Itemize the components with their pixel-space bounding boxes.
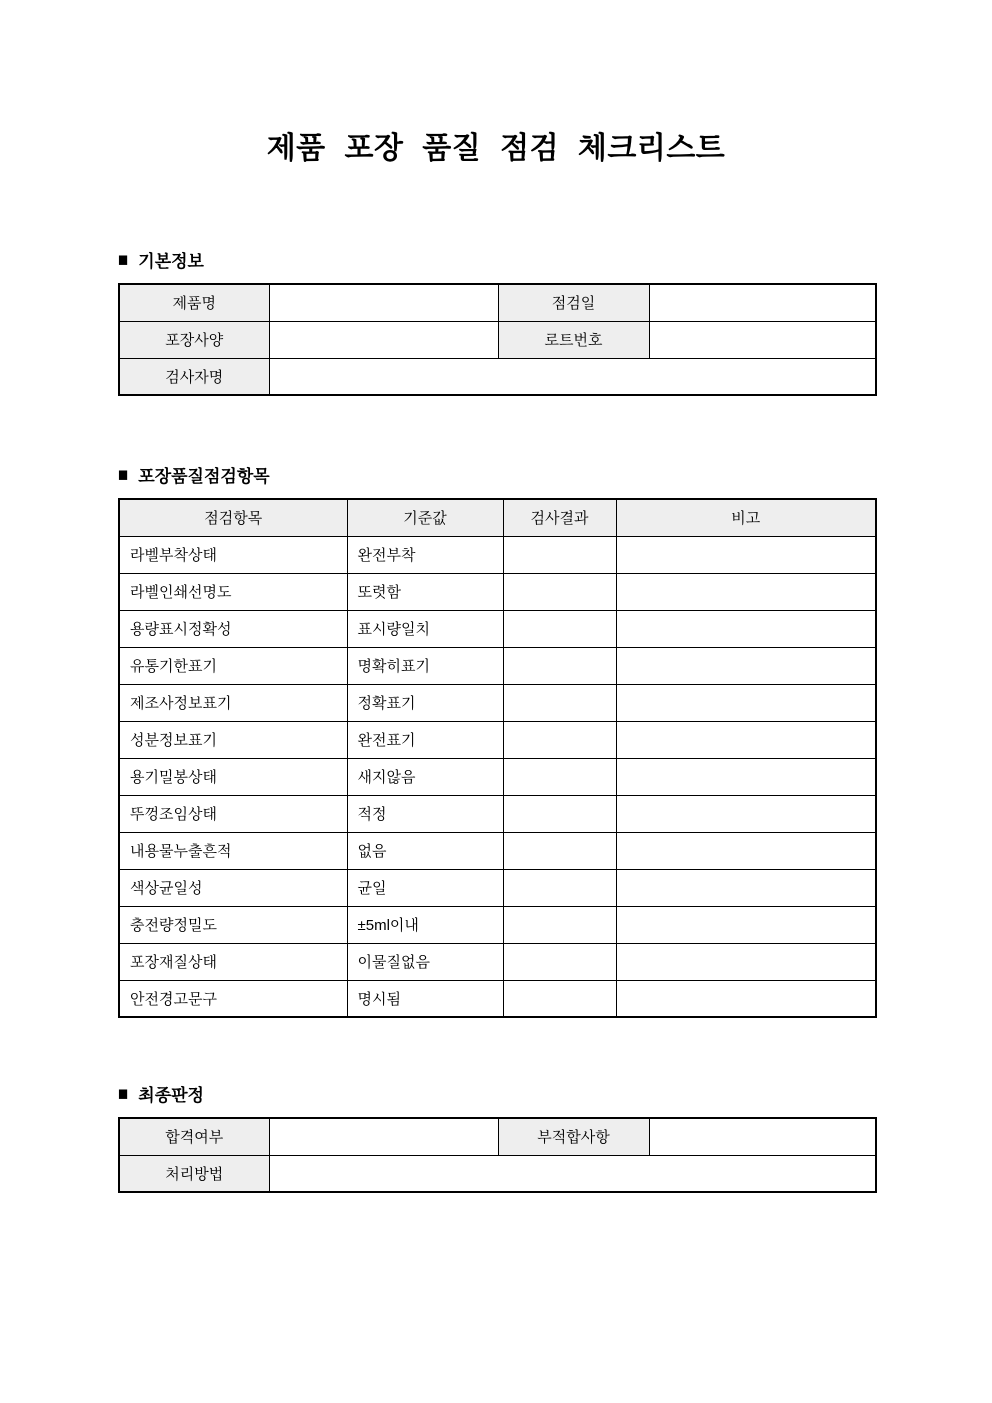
item-cell: 용기밀봉상태: [119, 758, 347, 795]
section-inspection-items-heading: ■ 포장품질점검항목: [118, 464, 875, 485]
packaging-spec-value-cell[interactable]: [269, 321, 498, 358]
note-cell[interactable]: [616, 684, 876, 721]
column-header-result: 검사결과: [503, 499, 616, 536]
note-cell[interactable]: [616, 906, 876, 943]
table-row: 용기밀봉상태 새지않음: [119, 758, 876, 795]
note-cell[interactable]: [616, 832, 876, 869]
result-cell[interactable]: [503, 943, 616, 980]
table-header-row: 점검항목 기준값 검사결과 비고: [119, 499, 876, 536]
note-cell[interactable]: [616, 536, 876, 573]
item-cell: 뚜껑조임상태: [119, 795, 347, 832]
handling-method-label: 처리방법: [119, 1155, 269, 1192]
final-judgment-table: 합격여부 부적합사항 처리방법: [118, 1117, 877, 1193]
product-name-label: 제품명: [119, 284, 269, 321]
result-cell[interactable]: [503, 832, 616, 869]
table-row: 뚜껑조임상태 적정: [119, 795, 876, 832]
table-row: 라벨부착상태 완전부착: [119, 536, 876, 573]
table-row: 유통기한표기 명확히표기: [119, 647, 876, 684]
table-row: 제조사정보표기 정확표기: [119, 684, 876, 721]
note-cell[interactable]: [616, 610, 876, 647]
section-final-judgment-heading-label: 최종판정: [138, 1081, 204, 1106]
standard-cell: 또렷함: [347, 573, 503, 610]
item-cell: 충전량정밀도: [119, 906, 347, 943]
note-cell[interactable]: [616, 980, 876, 1017]
item-cell: 라벨인쇄선명도: [119, 573, 347, 610]
nonconformity-label: 부적합사항: [498, 1118, 649, 1155]
standard-cell: 정확표기: [347, 684, 503, 721]
note-cell[interactable]: [616, 943, 876, 980]
product-name-value-cell[interactable]: [269, 284, 498, 321]
section-final-judgment: ■ 최종판정 합격여부 부적합사항 처리방법: [118, 1083, 875, 1193]
standard-cell: 없음: [347, 832, 503, 869]
section-basic-info-heading-label: 기본정보: [138, 247, 204, 272]
square-bullet-icon: ■: [118, 250, 128, 270]
table-row: 제품명 점검일: [119, 284, 876, 321]
inspector-name-value-cell[interactable]: [269, 358, 876, 395]
table-row: 용량표시정확성 표시량일치: [119, 610, 876, 647]
standard-cell: 표시량일치: [347, 610, 503, 647]
document-page: 제품 포장 품질 점검 체크리스트 ■ 기본정보 제품명 점검일 포장사양 로트…: [0, 0, 992, 1403]
item-cell: 용량표시정확성: [119, 610, 347, 647]
table-row: 성분정보표기 완전표기: [119, 721, 876, 758]
column-header-note: 비고: [616, 499, 876, 536]
inspection-date-value-cell[interactable]: [649, 284, 876, 321]
item-cell: 제조사정보표기: [119, 684, 347, 721]
item-cell: 내용물누출흔적: [119, 832, 347, 869]
table-row: 포장사양 로트번호: [119, 321, 876, 358]
result-cell[interactable]: [503, 536, 616, 573]
inspection-date-label: 점검일: [498, 284, 649, 321]
note-cell[interactable]: [616, 758, 876, 795]
section-inspection-items-heading-label: 포장품질점검항목: [138, 462, 269, 487]
note-cell[interactable]: [616, 795, 876, 832]
standard-cell: 이물질없음: [347, 943, 503, 980]
note-cell[interactable]: [616, 573, 876, 610]
column-header-item: 점검항목: [119, 499, 347, 536]
table-row: 라벨인쇄선명도 또렷함: [119, 573, 876, 610]
table-row: 포장재질상태 이물질없음: [119, 943, 876, 980]
table-row: 처리방법: [119, 1155, 876, 1192]
table-row: 색상균일성 균일: [119, 869, 876, 906]
document-title: 제품 포장 품질 점검 체크리스트: [0, 0, 992, 167]
result-cell[interactable]: [503, 980, 616, 1017]
result-cell[interactable]: [503, 610, 616, 647]
standard-cell: 명시됨: [347, 980, 503, 1017]
standard-cell: 새지않음: [347, 758, 503, 795]
result-cell[interactable]: [503, 758, 616, 795]
note-cell[interactable]: [616, 647, 876, 684]
lot-number-label: 로트번호: [498, 321, 649, 358]
item-cell: 성분정보표기: [119, 721, 347, 758]
standard-cell: 완전부착: [347, 536, 503, 573]
section-basic-info-heading: ■ 기본정보: [118, 249, 875, 270]
nonconformity-value-cell[interactable]: [649, 1118, 876, 1155]
standard-cell: 균일: [347, 869, 503, 906]
inspection-items-table: 점검항목 기준값 검사결과 비고 라벨부착상태 완전부착 라벨인쇄선명도 또렷함…: [118, 498, 877, 1018]
result-cell[interactable]: [503, 906, 616, 943]
lot-number-value-cell[interactable]: [649, 321, 876, 358]
table-row: 충전량정밀도 ±5ml이내: [119, 906, 876, 943]
table-row: 검사자명: [119, 358, 876, 395]
result-cell[interactable]: [503, 869, 616, 906]
note-cell[interactable]: [616, 869, 876, 906]
item-cell: 라벨부착상태: [119, 536, 347, 573]
pass-status-label: 합격여부: [119, 1118, 269, 1155]
table-row: 내용물누출흔적 없음: [119, 832, 876, 869]
note-cell[interactable]: [616, 721, 876, 758]
standard-cell: 적정: [347, 795, 503, 832]
standard-cell: ±5ml이내: [347, 906, 503, 943]
result-cell[interactable]: [503, 647, 616, 684]
section-final-judgment-heading: ■ 최종판정: [118, 1083, 875, 1104]
section-inspection-items: ■ 포장품질점검항목 점검항목 기준값 검사결과 비고 라벨부착상태 완전부착 …: [118, 464, 875, 1018]
basic-info-table: 제품명 점검일 포장사양 로트번호 검사자명: [118, 283, 877, 396]
square-bullet-icon: ■: [118, 1084, 128, 1104]
packaging-spec-label: 포장사양: [119, 321, 269, 358]
column-header-standard: 기준값: [347, 499, 503, 536]
table-row: 안전경고문구 명시됨: [119, 980, 876, 1017]
result-cell[interactable]: [503, 684, 616, 721]
pass-status-value-cell[interactable]: [269, 1118, 498, 1155]
standard-cell: 명확히표기: [347, 647, 503, 684]
item-cell: 안전경고문구: [119, 980, 347, 1017]
result-cell[interactable]: [503, 795, 616, 832]
item-cell: 유통기한표기: [119, 647, 347, 684]
square-bullet-icon: ■: [118, 465, 128, 485]
standard-cell: 완전표기: [347, 721, 503, 758]
result-cell[interactable]: [503, 721, 616, 758]
table-row: 합격여부 부적합사항: [119, 1118, 876, 1155]
item-cell: 포장재질상태: [119, 943, 347, 980]
inspector-name-label: 검사자명: [119, 358, 269, 395]
result-cell[interactable]: [503, 573, 616, 610]
item-cell: 색상균일성: [119, 869, 347, 906]
section-basic-info: ■ 기본정보 제품명 점검일 포장사양 로트번호 검사자명: [118, 249, 875, 396]
handling-method-value-cell[interactable]: [269, 1155, 876, 1192]
